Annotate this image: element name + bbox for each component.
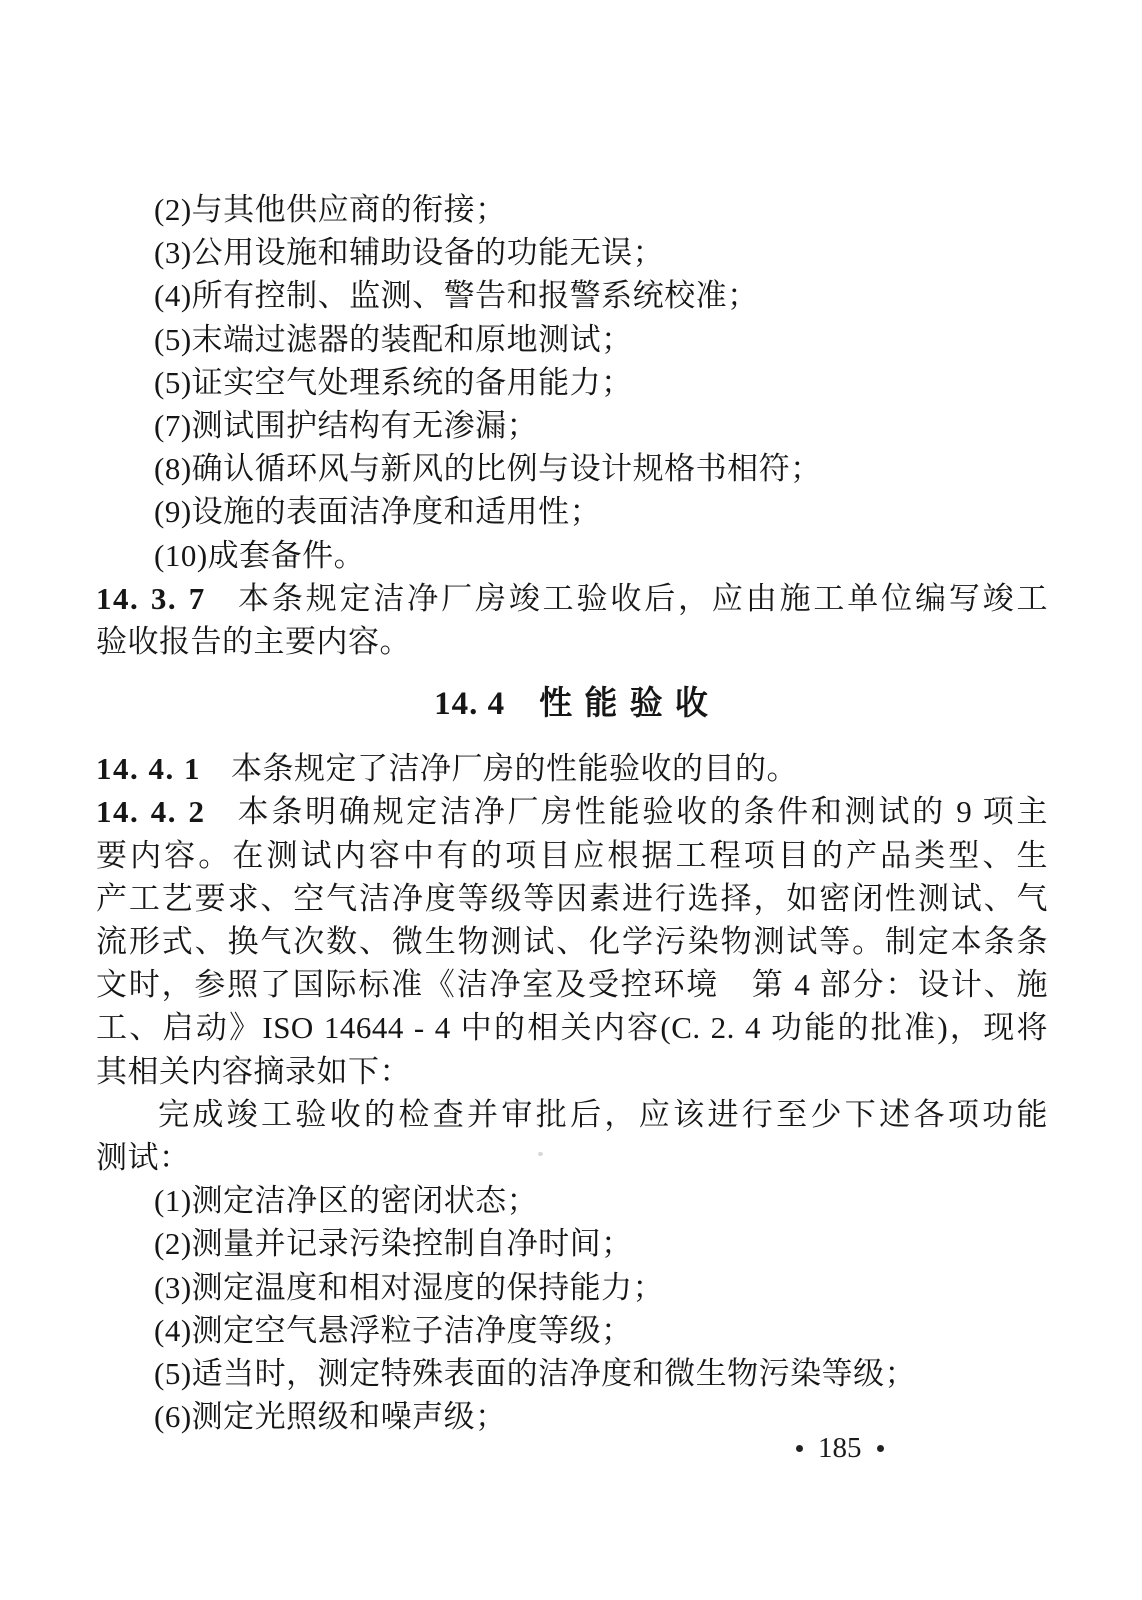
list-item: (10)成套备件。 xyxy=(96,534,1048,577)
list-item: (2)测量并记录污染控制自净时间； xyxy=(96,1222,1048,1265)
section-number: 14. 4 xyxy=(434,686,505,722)
clause-line: 要内容。在测试内容中有的项目应根据工程项目的产品类型、生 xyxy=(96,834,1048,877)
list-item: (2)与其他供应商的衔接； xyxy=(96,188,1048,231)
list-item: (7)测试围护结构有无渗漏； xyxy=(96,404,1048,447)
page-footer: 185 xyxy=(796,1434,884,1463)
clause-text: 本条规定洁净厂房竣工验收后，应由施工单位编写竣工 xyxy=(236,581,1048,616)
clause-line: 14. 4. 1本条规定了洁净厂房的性能验收的目的。 xyxy=(96,747,1048,790)
clause-line: 14. 4. 2本条明确规定洁净厂房性能验收的条件和测试的 9 项主 xyxy=(96,790,1048,833)
list-item: (1)测定洁净区的密闭状态； xyxy=(96,1179,1048,1222)
clause-number: 14. 3. 7 xyxy=(96,581,206,616)
list-item: (3)测定温度和相对湿度的保持能力； xyxy=(96,1266,1048,1309)
clause-text: 本条明确规定洁净厂房性能验收的条件和测试的 9 项主 xyxy=(235,794,1048,829)
list-item: (5)末端过滤器的装配和原地测试； xyxy=(96,318,1048,361)
list-item: (8)确认循环风与新风的比例与设计规格书相符； xyxy=(96,447,1048,490)
list-item: (4)所有控制、监测、警告和报警系统校准； xyxy=(96,274,1048,317)
clause-line: 验收报告的主要内容。 xyxy=(96,620,1048,663)
paragraph-line: 完成竣工验收的检查并审批后，应该进行至少下述各项功能 xyxy=(96,1093,1048,1136)
clause-line: 其相关内容摘录如下： xyxy=(96,1050,1048,1093)
list-item: (5)适当时，测定特殊表面的洁净度和微生物污染等级； xyxy=(96,1352,1048,1395)
clause-number: 14. 4. 1 xyxy=(96,751,201,786)
scan-artifact xyxy=(993,812,999,817)
footer-dot-icon xyxy=(796,1445,803,1452)
clause-line: 文时，参照了国际标准《洁净室及受控环境 第 4 部分：设计、施 xyxy=(96,963,1048,1006)
clause-line: 流形式、换气次数、微生物测试、化学污染物测试等。制定本条条 xyxy=(96,920,1048,963)
clause-line: 工、启动》ISO 14644 - 4 中的相关内容(C. 2. 4 功能的批准)… xyxy=(96,1006,1048,1049)
paragraph-line: 测试： xyxy=(96,1136,1048,1179)
section-heading: 14. 4性 能 验 收 xyxy=(96,680,1048,728)
list-item: (5)证实空气处理系统的备用能力； xyxy=(96,361,1048,404)
clause-line: 产工艺要求、空气洁净度等级等因素进行选择，如密闭性测试、气 xyxy=(96,877,1048,920)
document-page: (2)与其他供应商的衔接； (3)公用设施和辅助设备的功能无误； (4)所有控制… xyxy=(0,0,1142,1600)
list-item: (6)测定光照级和噪声级； xyxy=(96,1395,1048,1438)
clause-number: 14. 4. 2 xyxy=(96,794,205,829)
footer-dot-icon xyxy=(877,1445,884,1452)
section-title: 性 能 验 收 xyxy=(539,686,710,722)
list-item: (3)公用设施和辅助设备的功能无误； xyxy=(96,231,1048,274)
page-number: 185 xyxy=(818,1434,862,1463)
list-item: (9)设施的表面洁净度和适用性； xyxy=(96,490,1048,533)
list-item: (4)测定空气悬浮粒子洁净度等级； xyxy=(96,1309,1048,1352)
clause-text: 本条规定了洁净厂房的性能验收的目的。 xyxy=(231,751,798,786)
scan-artifact xyxy=(538,1152,543,1156)
page-body: (2)与其他供应商的衔接； (3)公用设施和辅助设备的功能无误； (4)所有控制… xyxy=(96,188,1048,1438)
clause-line: 14. 3. 7本条规定洁净厂房竣工验收后，应由施工单位编写竣工 xyxy=(96,577,1048,620)
